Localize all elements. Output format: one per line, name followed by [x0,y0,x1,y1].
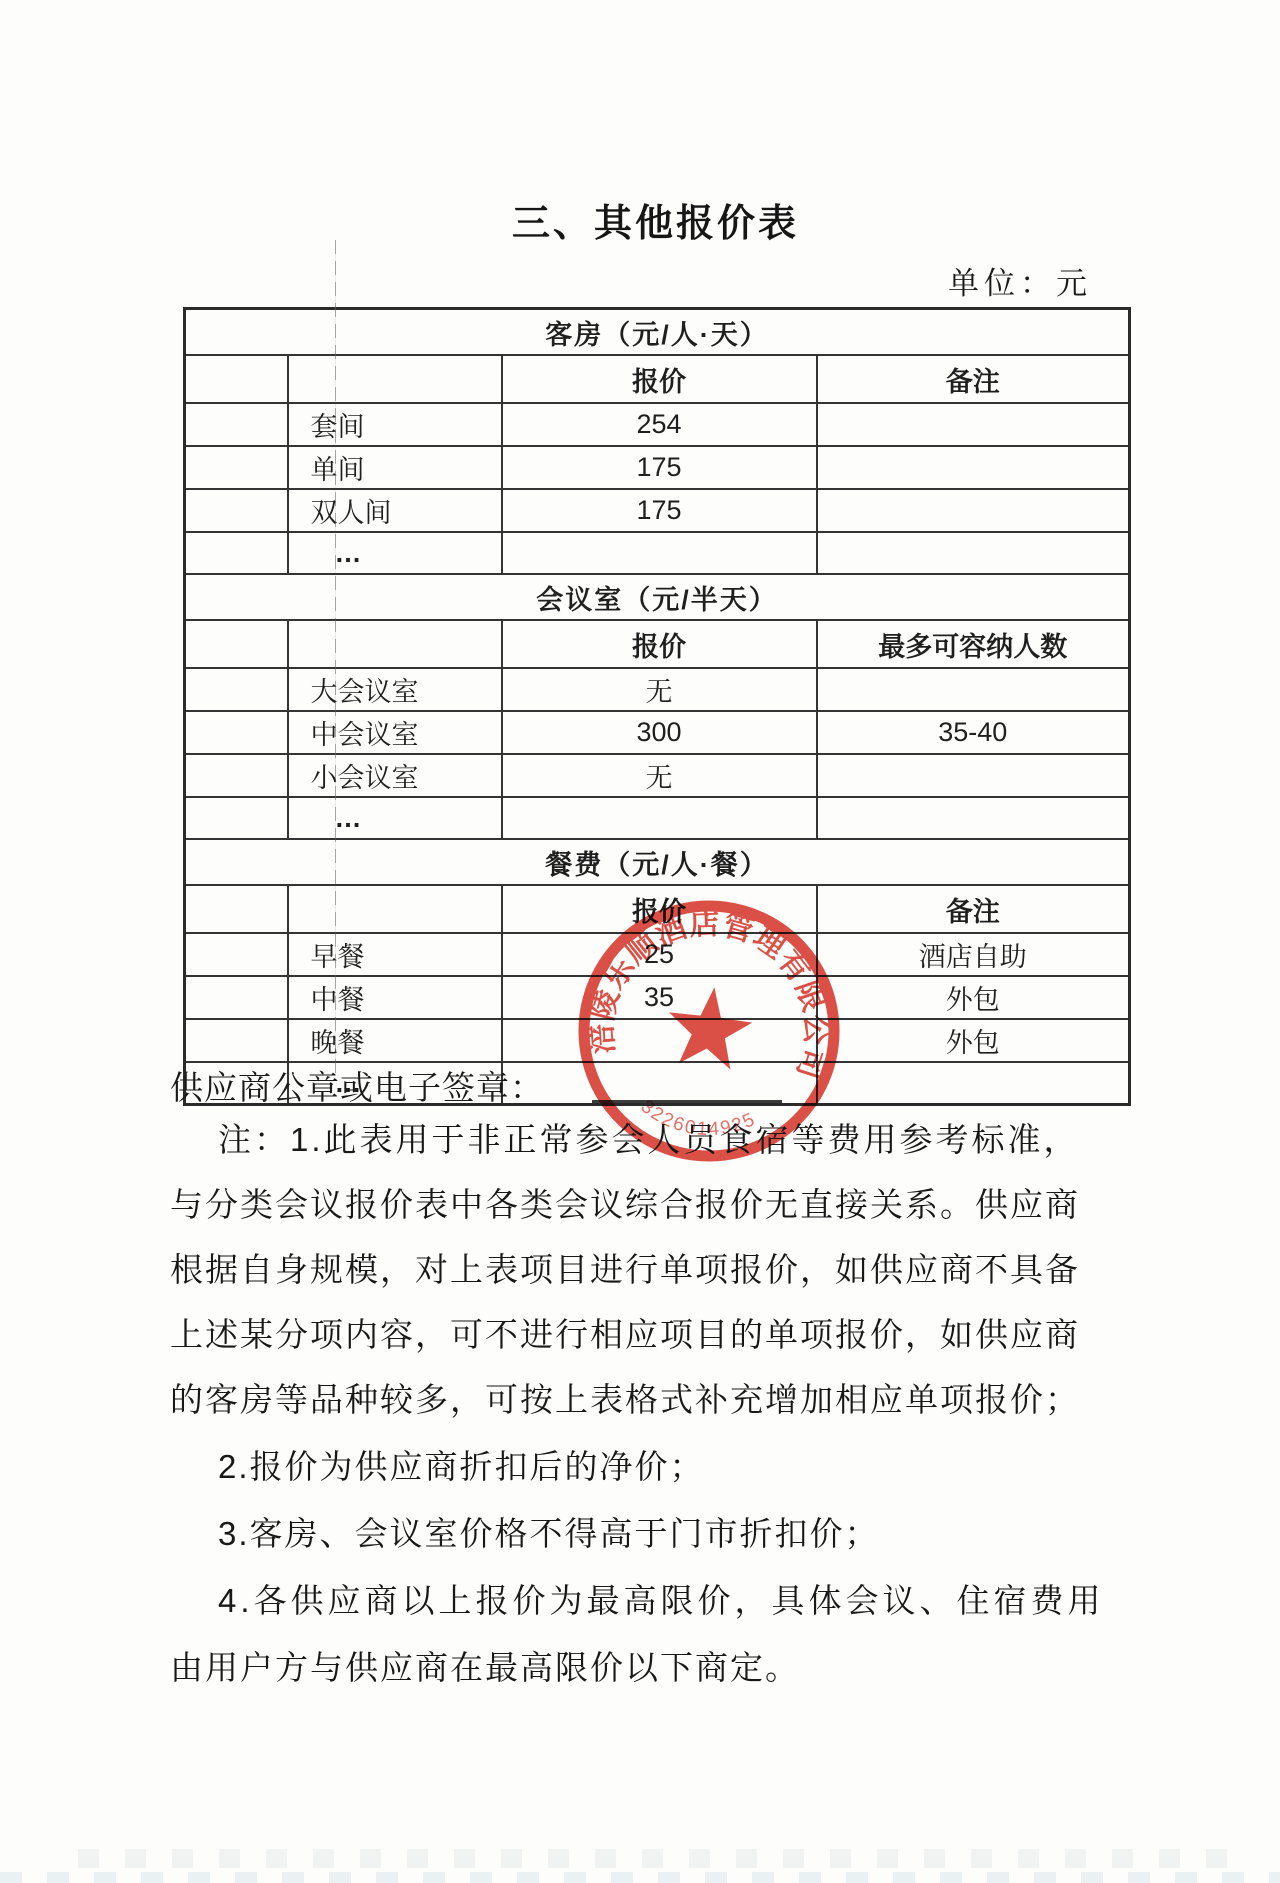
table-row: 双人间 175 [185,489,1130,532]
item-remark [817,668,1130,711]
table-row: 晚餐 外包 [185,1019,1130,1062]
table-row: 早餐 25 酒店自助 [185,933,1130,976]
item-remark [817,446,1130,489]
signature-underline [592,1100,782,1103]
ellipsis-row: … [185,532,1130,574]
column-header-remark: 备注 [817,355,1130,403]
section-title-row: 餐费（元/人·餐） [185,839,1130,885]
note-line-5: 的客房等品种较多，可按上表格式补充增加相应单项报价； [170,1378,1080,1422]
next-page-ghost-text-row [78,1849,1242,1868]
item-price: 254 [502,403,817,446]
empty-cell [185,668,288,711]
item-price: 175 [502,489,817,532]
item-remark [817,754,1130,797]
column-header-capacity: 最多可容纳人数 [817,620,1130,668]
item-price [502,1019,817,1062]
item-remark [817,489,1130,532]
item-name: 单间 [288,446,502,489]
ellipsis: … [288,797,502,839]
empty-cell [185,489,288,532]
column-header-price: 报价 [502,355,817,403]
item-price: 175 [502,446,817,489]
column-header-remark: 备注 [817,885,1130,933]
ellipsis: … [288,532,502,574]
empty-cell [185,933,288,976]
empty-cell [185,976,288,1019]
section-title-meeting-rooms: 会议室（元/半天） [185,574,1130,620]
empty-cell [185,797,288,839]
empty-cell [288,355,502,403]
section-title-guestrooms: 客房（元/人·天） [185,309,1130,356]
section-header-row: 报价 备注 [185,885,1130,933]
item-name: 晚餐 [288,1019,502,1062]
note-line-4: 上述某分项内容，可不进行相应项目的单项报价，如供应商 [170,1313,1080,1357]
section-header-row: 报价 备注 [185,355,1130,403]
item-remark: 外包 [817,976,1130,1019]
section-header-row: 报价 最多可容纳人数 [185,620,1130,668]
table-row: 单间 175 [185,446,1130,489]
empty-cell [817,797,1130,839]
item-price: 300 [502,711,817,754]
empty-cell [502,532,817,574]
item-name: 早餐 [288,933,502,976]
section-title-row: 客房（元/人·天） [185,309,1130,356]
next-page-ghost-text-row [0,1872,1280,1883]
empty-cell [185,620,288,668]
scanned-document-page: 三、其他报价表 单位：元 客房（元/人·天） 报价 备注 套间 254 单间 1… [0,0,1280,1883]
table-row: 中餐 35 外包 [185,976,1130,1019]
item-remark: 外包 [817,1019,1130,1062]
item-price: 无 [502,754,817,797]
note-line-7: 3.客房、会议室价格不得高于门市折扣价； [218,1512,880,1556]
item-remark [817,403,1130,446]
unit-label: 单位：元 [948,258,1092,303]
empty-cell [185,532,288,574]
section-title-row: 会议室（元/半天） [185,574,1130,620]
document-title: 三、其他报价表 [183,192,1128,247]
note-line-3: 根据自身规模，对上表项目进行单项报价，如供应商不具备 [170,1248,1080,1292]
empty-cell [817,532,1130,574]
empty-cell [185,446,288,489]
empty-cell [185,403,288,446]
note-line-9: 由用户方与供应商在最高限价以下商定。 [170,1646,800,1690]
item-remark: 35-40 [817,711,1130,754]
item-name: 大会议室 [288,668,502,711]
table-row: 大会议室 无 [185,668,1130,711]
table-row: 中会议室 300 35-40 [185,711,1130,754]
table-row: 套间 254 [185,403,1130,446]
empty-cell [185,754,288,797]
quotation-table: 客房（元/人·天） 报价 备注 套间 254 单间 175 双人间 175 [183,307,1131,1106]
item-name: 小会议室 [288,754,502,797]
section-title-meals: 餐费（元/人·餐） [185,839,1130,885]
empty-cell [817,1062,1130,1105]
item-name: 双人间 [288,489,502,532]
empty-cell [288,885,502,933]
ellipsis-row: … [185,797,1130,839]
item-name: 中餐 [288,976,502,1019]
note-line-2: 与分类会议报价表中各类会议综合报价无直接关系。供应商 [170,1183,1080,1227]
item-price: 无 [502,668,817,711]
empty-cell [185,711,288,754]
column-header-price: 报价 [502,620,817,668]
empty-cell [288,620,502,668]
item-remark: 酒店自助 [817,933,1130,976]
empty-cell [185,1019,288,1062]
item-price: 35 [502,976,817,1019]
note-line-8: 4.各供应商以上报价为最高限价，具体会议、住宿费用 [218,1579,1105,1623]
empty-cell [185,355,288,403]
table-row: 小会议室 无 [185,754,1130,797]
item-name: 中会议室 [288,711,502,754]
item-price: 25 [502,933,817,976]
empty-cell [185,885,288,933]
supplier-seal-label: 供应商公章或电子签章： [170,1062,544,1109]
note-line-1: 注：1.此表用于非正常参会人员食宿等费用参考标准， [218,1118,1080,1162]
column-header-price: 报价 [502,885,817,933]
item-name: 套间 [288,403,502,446]
empty-cell [502,1062,817,1105]
empty-cell [502,797,817,839]
note-line-6: 2.报价为供应商折扣后的净价； [218,1445,705,1489]
